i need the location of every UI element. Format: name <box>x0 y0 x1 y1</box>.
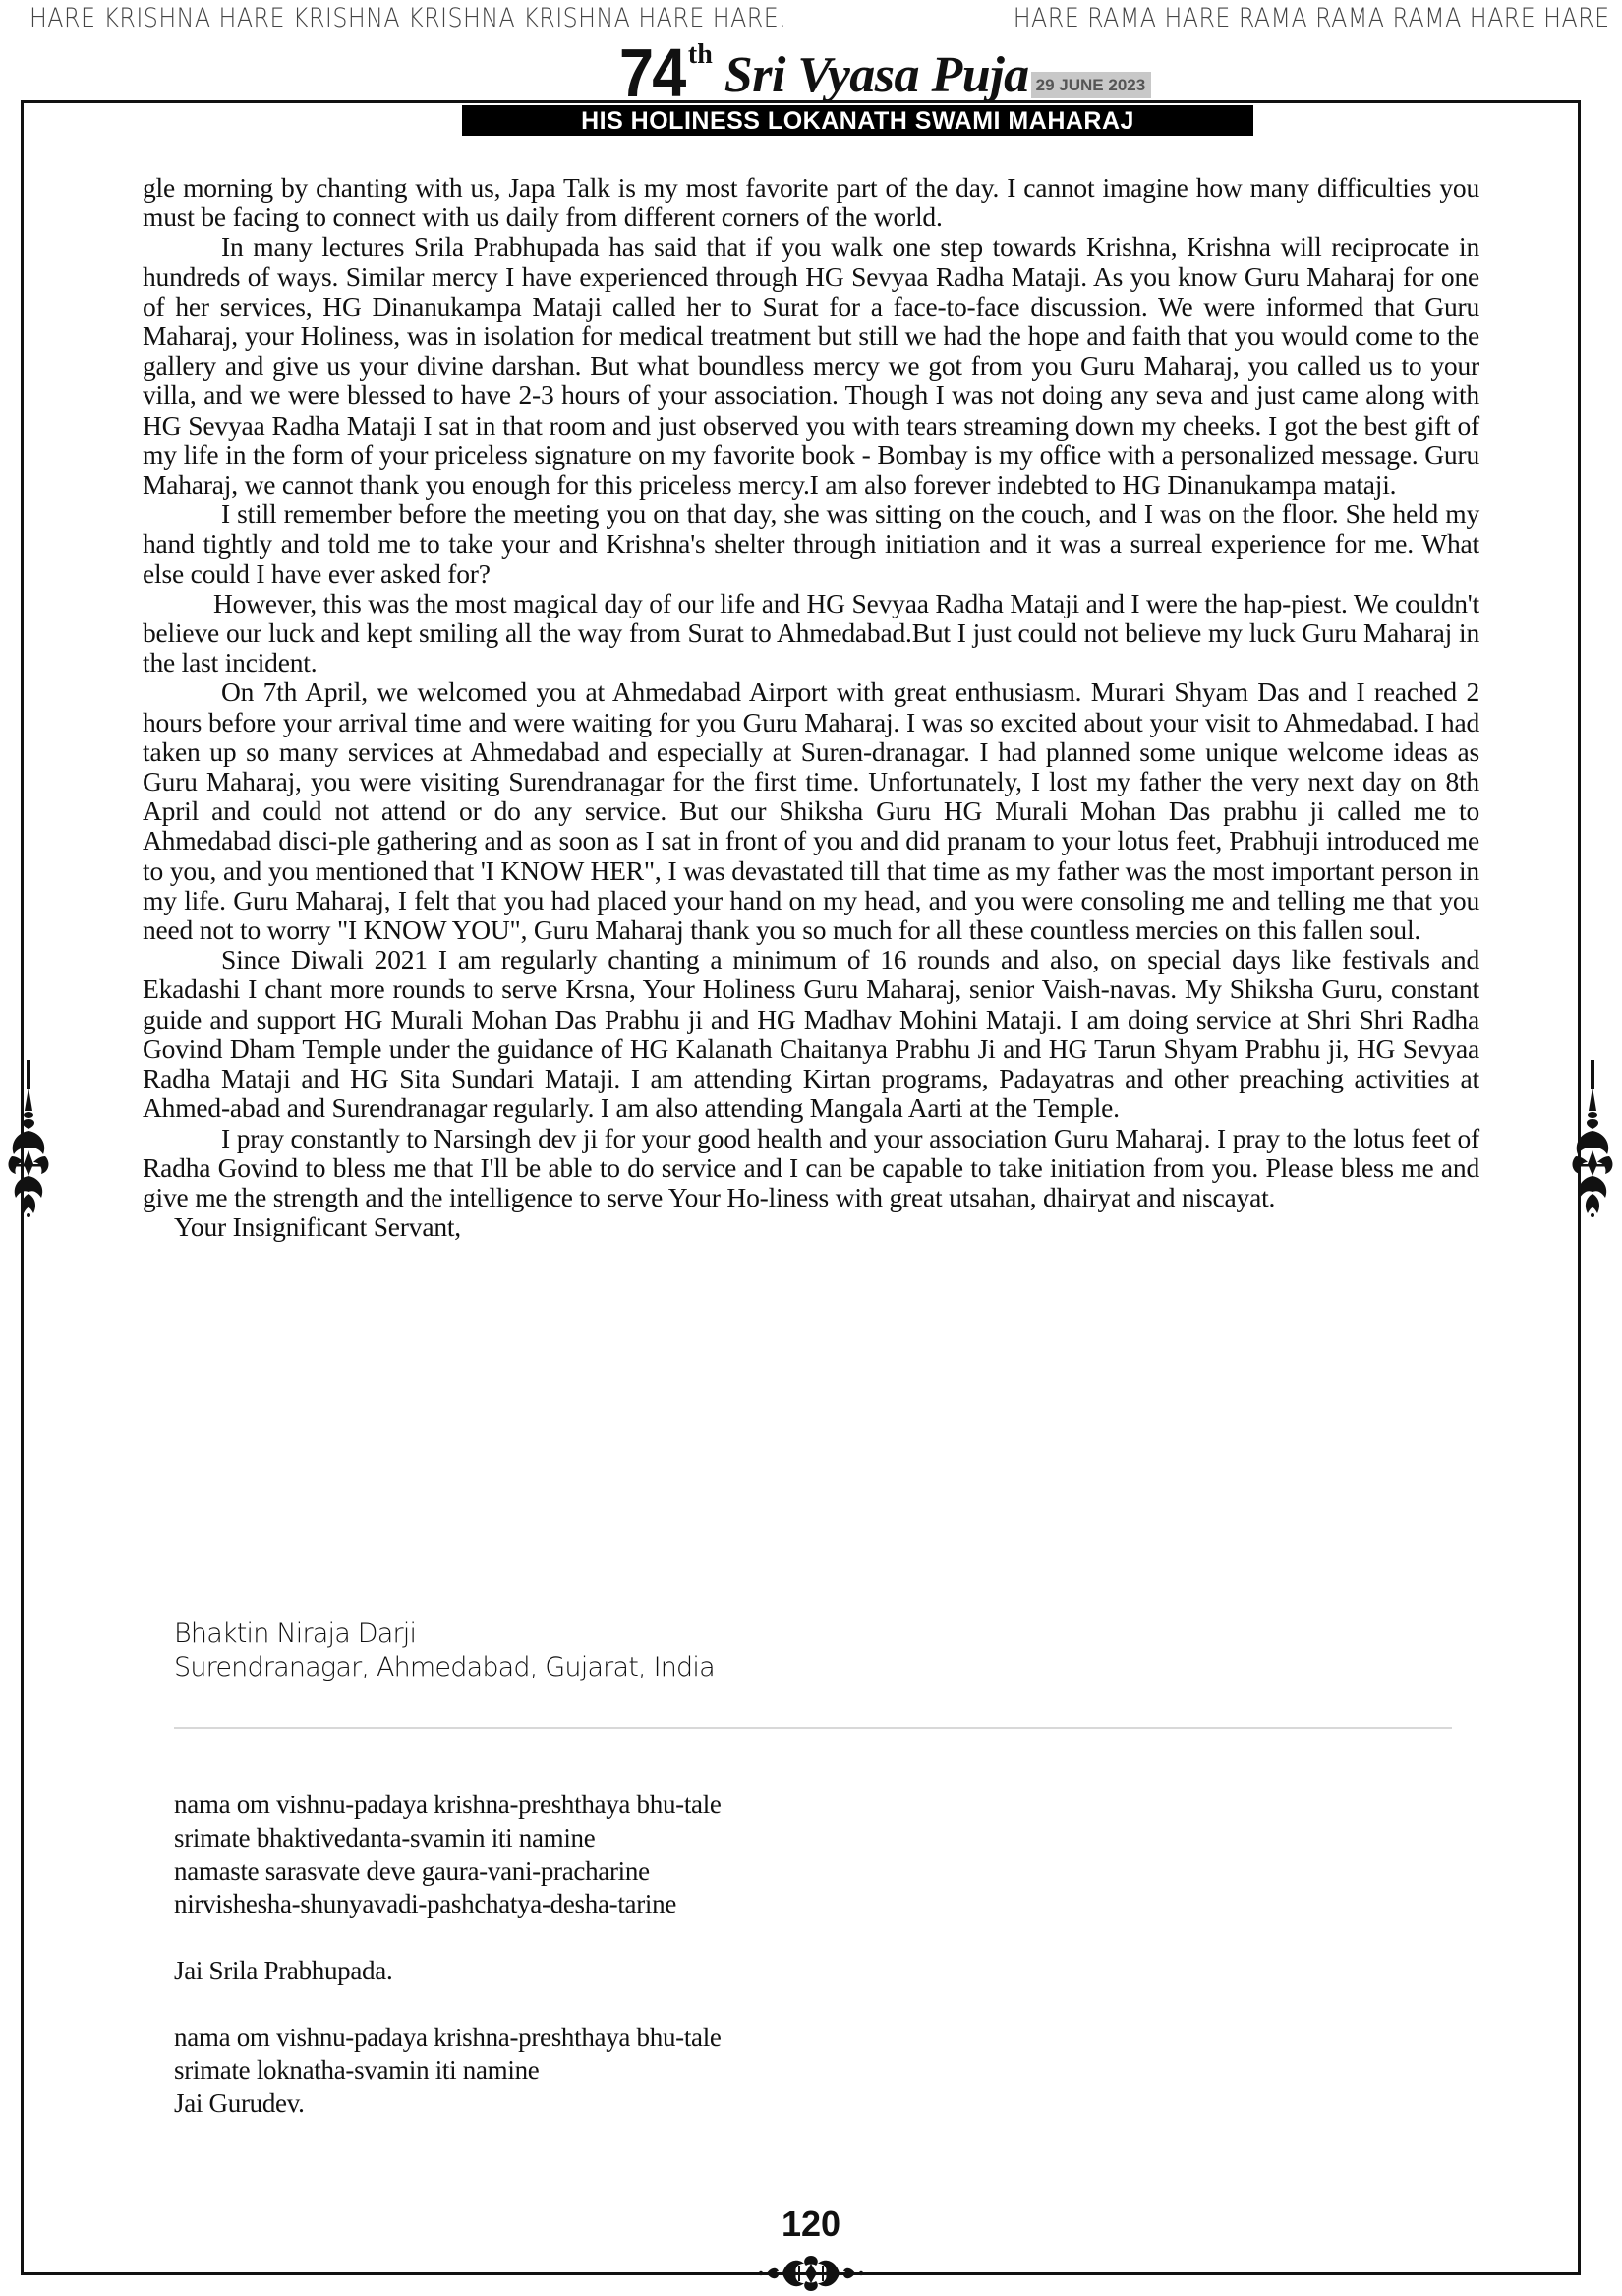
paragraph: I pray constantly to Narsingh dev ji for… <box>143 1124 1479 1213</box>
paragraph: Since Diwali 2021 I am regularly chantin… <box>143 945 1479 1123</box>
letter-body: gle morning by chanting with us, Japa Ta… <box>143 173 1479 1242</box>
prayer-line: nama om vishnu-padaya krishna-preshthaya… <box>174 2022 722 2055</box>
subtitle-banner: HIS HOLINESS LOKANATH SWAMI MAHARAJ <box>462 105 1253 136</box>
prayer-line: srimate loknatha-svamin iti namine <box>174 2054 722 2088</box>
prayer-line: nirvishesha-shunyavadi-pashchatya-desha-… <box>174 1888 722 1921</box>
page-title: 74 th Sri Vyasa Puja 29 JUNE 2023 <box>619 37 1151 104</box>
paragraph: I still remember before the meeting you … <box>143 500 1479 589</box>
paragraph: In many lectures Srila Prabhupada has sa… <box>143 232 1479 500</box>
author-location: Surendranagar, Ahmedabad, Gujarat, India <box>174 1651 715 1684</box>
floral-filigree-icon <box>1570 1060 1615 1217</box>
mantra-right: HARE RAMA HARE RAMA RAMA RAMA HARE HARE <box>1014 3 1610 33</box>
paragraph: gle morning by chanting with us, Japa Ta… <box>143 173 1479 232</box>
mantra-left: HARE KRISHNA HARE KRISHNA KRISHNA KRISHN… <box>29 3 786 33</box>
section-divider <box>174 1727 1452 1729</box>
jai-prabhupada: Jai Srila Prabhupada. <box>174 1955 722 1988</box>
prayer-line: srimate bhaktivedanta-svamin iti namine <box>174 1822 722 1855</box>
closing-line: Your Insignificant Servant, <box>143 1212 1479 1242</box>
prayer-line: namaste sarasvate deve gaura-vani-pracha… <box>174 1855 722 1889</box>
prayer-line: nama om vishnu-padaya krishna-preshthaya… <box>174 1789 722 1822</box>
title-number: 74 <box>619 41 684 104</box>
mantra-header: HARE KRISHNA HARE KRISHNA KRISHNA KRISHN… <box>0 0 1622 35</box>
page-number: 120 <box>0 2205 1622 2244</box>
title-text: Sri Vyasa Puja <box>724 47 1029 104</box>
title-superscript: th <box>688 39 713 71</box>
paragraph: On 7th April, we welcomed you at Ahmedab… <box>143 677 1479 945</box>
floral-filigree-icon <box>6 1060 51 1217</box>
signature-block: Bhaktin Niraja Darji Surendranagar, Ahme… <box>174 1618 715 1684</box>
author-name: Bhaktin Niraja Darji <box>174 1618 715 1651</box>
jai-gurudev: Jai Gurudev. <box>174 2088 722 2121</box>
date-badge: 29 JUNE 2023 <box>1031 72 1152 98</box>
pranam-prayers: nama om vishnu-padaya krishna-preshthaya… <box>174 1789 722 2121</box>
floral-divider-icon <box>688 2252 934 2296</box>
paragraph: However, this was the most magical day o… <box>143 589 1479 678</box>
